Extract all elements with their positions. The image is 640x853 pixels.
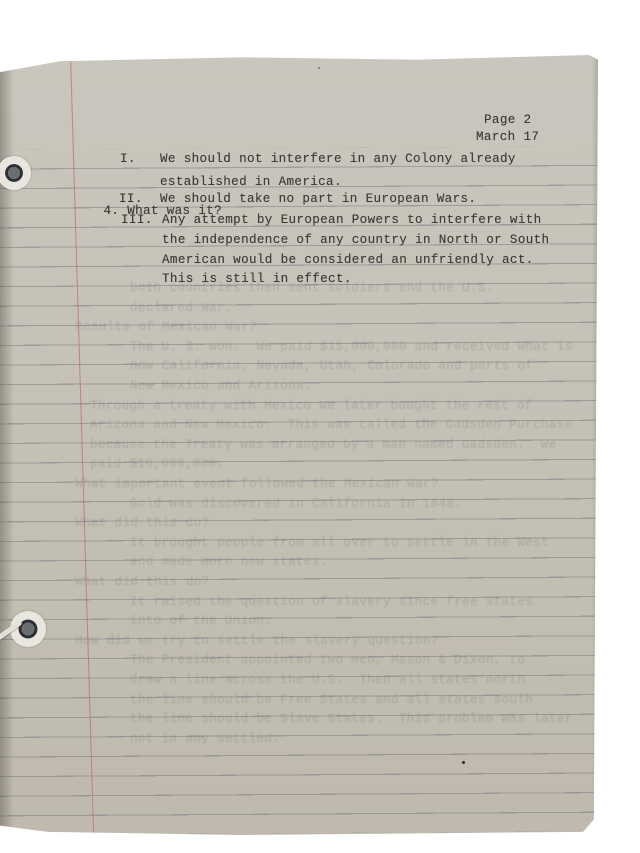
bleed-through-line: draw a line across the U.S. Then all sta… [130,673,525,687]
bleed-through-line: Gold was discovered in California in 184… [130,497,462,511]
bleed-through-line: because the Treaty was arranged by a man… [90,438,557,452]
bleed-through-line: and made more new states. [130,555,328,569]
bleed-through-line: The President appointed two men, Mason &… [130,653,525,667]
bleed-through-line: the line should be Slave States. This pr… [130,712,573,726]
answer-numeral-2: II. [119,192,143,206]
bleed-through-line: What did this do? [75,516,209,530]
bleed-through-line: now California, Nevada, Utah, Colorado a… [130,359,533,373]
question-number: 4. [103,204,119,218]
bleed-through-line: It brought people from all over to settl… [130,536,549,550]
answer-numeral-1: I. [120,152,136,166]
page-shadow-right [592,55,598,835]
bleed-through-line: Through a treaty with Mexico we later bo… [90,399,533,413]
paper-speck [318,67,320,69]
answer-numeral-3: III. [121,213,153,227]
bleed-through-line: The U. S. won. We paid $15,000,000 and r… [130,340,573,354]
answer-3-line-4: This is still in effect. [162,272,352,286]
paper-speck [462,761,465,764]
page-date: March 17 [476,130,539,144]
bleed-through-line: What important event followed the Mexica… [75,477,439,491]
page-number: Page 2 [484,113,531,127]
bleed-through-line: How did we try to settle the slavery que… [75,634,439,648]
bleed-through-line: into of the Union. [130,614,272,628]
answer-3-line-3: American would be considered an unfriend… [162,253,534,267]
bleed-through-line: Results of Mexican War? [75,320,257,334]
notebook-page: both countries then sent soldiers and th… [0,55,598,835]
bleed-through-line: the line should be Free States and all s… [130,693,533,707]
answer-3-line-2: the independence of any country in North… [162,233,549,247]
answer-2-line-1: We should take no part in European Wars. [160,192,476,206]
bleed-through-line: What did this do? [75,575,209,589]
bleed-through-line: Arizona and New Mexico. This was called … [90,418,572,432]
bleed-through-line: declared War. [130,301,233,315]
answer-1-line-1: We should not interfere in any Colony al… [160,152,516,166]
bleed-through-line: New Mexico and Arizona. [130,379,312,393]
answer-3-line-1: Any attempt by European Powers to interf… [162,213,542,227]
bleed-through-line: It raised the question of slavery since … [130,595,533,609]
answer-1-line-2: established in America. [160,175,342,189]
bleed-through-line: paid $10,000,000. [90,457,224,471]
bleed-through-line: not in any settled. [130,732,280,746]
scene: both countries then sent soldiers and th… [0,0,640,853]
